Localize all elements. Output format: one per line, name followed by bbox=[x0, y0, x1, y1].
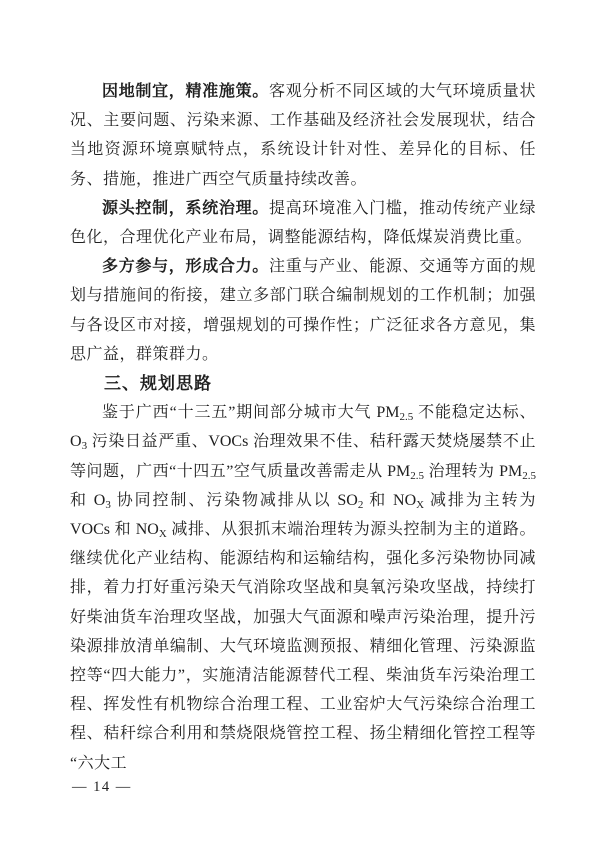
text-run: SO bbox=[337, 492, 357, 509]
text-run: 减排、从狠抓末端治理转为源头控制为主的道路。继续优化产业结构、能源结构和运输结构… bbox=[70, 521, 536, 772]
text-run: 三、规划思路 bbox=[104, 374, 212, 393]
section-heading: 三、规划思路 bbox=[70, 369, 536, 398]
subscript-text: 2.5 bbox=[410, 470, 424, 482]
text-run: NO bbox=[393, 492, 416, 509]
subscript-text: 2.5 bbox=[522, 470, 536, 482]
text-run: 因地制宜，精准施策。 bbox=[102, 83, 269, 100]
text-run: PM bbox=[376, 404, 399, 421]
page-number: — 14 — bbox=[72, 779, 132, 796]
subscript-text: 2.5 bbox=[399, 411, 413, 423]
paragraph: 因地制宜，精准施策。客观分析不同区域的大气环境质量状况、主要问题、污染来源、工作… bbox=[70, 77, 536, 194]
subscript-text: X bbox=[416, 499, 424, 511]
document-body: 因地制宜，精准施策。客观分析不同区域的大气环境质量状况、主要问题、污染来源、工作… bbox=[0, 0, 600, 778]
text-run: O bbox=[94, 492, 106, 509]
text-run: 减排为主转为 bbox=[424, 492, 536, 509]
text-run: NO bbox=[136, 521, 159, 538]
text-run: 污染日益严重、 bbox=[87, 433, 208, 450]
text-run: 源头控制，系统治理。 bbox=[102, 200, 269, 217]
text-run: PM bbox=[387, 463, 410, 480]
text-run: VOCs bbox=[70, 521, 110, 538]
text-run: 不能稳定达标、 bbox=[413, 404, 536, 421]
text-run: VOCs bbox=[208, 433, 248, 450]
text-run: 和 bbox=[110, 521, 136, 538]
text-run: PM bbox=[499, 463, 522, 480]
subscript-text: X bbox=[159, 528, 167, 540]
text-run: 协同控制、污染物减排从以 bbox=[111, 492, 338, 509]
paragraph: 鉴于广西“十三五”期间部分城市大气 PM2.5 不能稳定达标、O3 污染日益严重… bbox=[70, 398, 536, 778]
text-run: 和 bbox=[70, 492, 94, 509]
text-run: 鉴于广西“十三五”期间部分城市大气 bbox=[102, 404, 376, 421]
paragraph: 源头控制，系统治理。提高环境准入门槛，推动传统产业绿色化，合理优化产业布局，调整… bbox=[70, 194, 536, 252]
text-run: 多方参与，形成合力。 bbox=[102, 258, 269, 275]
document-page: 因地制宜，精准施策。客观分析不同区域的大气环境质量状况、主要问题、污染来源、工作… bbox=[0, 0, 600, 848]
paragraph: 多方参与，形成合力。注重与产业、能源、交通等方面的规划与措施间的衔接，建立多部门… bbox=[70, 252, 536, 369]
text-run: 治理转为 bbox=[424, 463, 499, 480]
text-run: O bbox=[70, 433, 82, 450]
text-run: 和 bbox=[363, 492, 393, 509]
